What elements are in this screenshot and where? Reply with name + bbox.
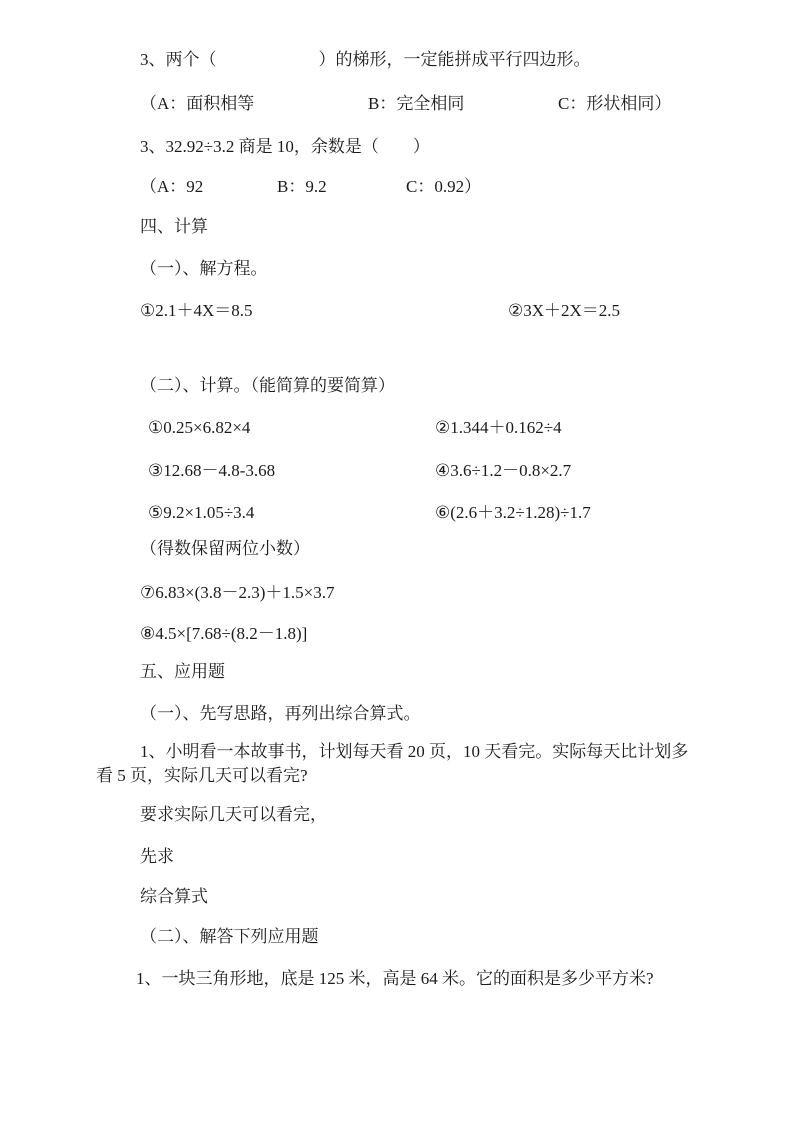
problem-1-prompt-expression: 综合算式 bbox=[140, 886, 208, 908]
trapezoid-option-c: C：形状相同） bbox=[558, 93, 671, 115]
calc-item-6: ⑥(2.6＋3.2÷1.28)÷1.7 bbox=[435, 502, 591, 524]
calc-item-7: ⑦6.83×(3.8－2.3)＋1.5×3.7 bbox=[140, 582, 335, 604]
worksheet-page: 3、两个（ ）的梯形，一定能拼成平行四边形。 （A：面积相等 B：完全相同 C：… bbox=[0, 0, 793, 1122]
problem-triangle-area: 1、一块三角形地，底是 125 米，高是 64 米。它的面积是多少平方米? bbox=[136, 968, 654, 990]
calc-item-5: ⑤9.2×1.05÷3.4 bbox=[148, 502, 254, 524]
calc-item-1: ①0.25×6.82×4 bbox=[148, 417, 250, 439]
section-5-sub2-title: （二）、解答下列应用题 bbox=[140, 926, 319, 948]
trapezoid-option-b: B：完全相同 bbox=[368, 93, 464, 115]
problem-1-prompt-first: 先求 bbox=[140, 846, 174, 868]
calc-item-2: ②1.344＋0.162÷4 bbox=[435, 417, 562, 439]
section-5-title: 五、应用题 bbox=[140, 661, 225, 683]
equation-2: ②3X＋2X＝2.5 bbox=[508, 300, 620, 322]
section-4-title: 四、计算 bbox=[140, 216, 208, 238]
calc-item-4: ④3.6÷1.2－0.8×2.7 bbox=[435, 460, 571, 482]
equation-1: ①2.1＋4X＝8.5 bbox=[140, 300, 253, 322]
calc-item-3: ③12.68－4.8-3.68 bbox=[148, 460, 275, 482]
problem-1-text-line1: 1、小明看一本故事书，计划每天看 20 页，10 天看完。实际每天比计划多 bbox=[140, 741, 688, 763]
trapezoid-option-a: （A：面积相等 bbox=[140, 93, 254, 115]
remainder-option-a: （A：92 bbox=[140, 176, 203, 198]
problem-1-prompt-require: 要求实际几天可以看完， bbox=[140, 804, 327, 826]
remainder-option-c: C：0.92） bbox=[406, 176, 481, 198]
problem-1-text-line2: 看 5 页，实际几天可以看完? bbox=[96, 765, 308, 787]
rounding-note: （得数保留两位小数） bbox=[140, 538, 310, 560]
question-trapezoid: 3、两个（ ）的梯形，一定能拼成平行四边形。 bbox=[140, 49, 591, 71]
remainder-option-b: B：9.2 bbox=[277, 176, 327, 198]
calc-item-8: ⑧4.5×[7.68÷(8.2－1.8)] bbox=[140, 623, 307, 645]
section-4-sub1-title: （一）、解方程。 bbox=[140, 258, 268, 280]
section-4-sub2-title: （二）、计算。（能简算的要简算） bbox=[140, 375, 395, 397]
question-remainder: 3、32.92÷3.2 商是 10，余数是（ ） bbox=[140, 136, 430, 158]
section-5-sub1-title: （一）、先写思路，再列出综合算式。 bbox=[140, 703, 421, 725]
